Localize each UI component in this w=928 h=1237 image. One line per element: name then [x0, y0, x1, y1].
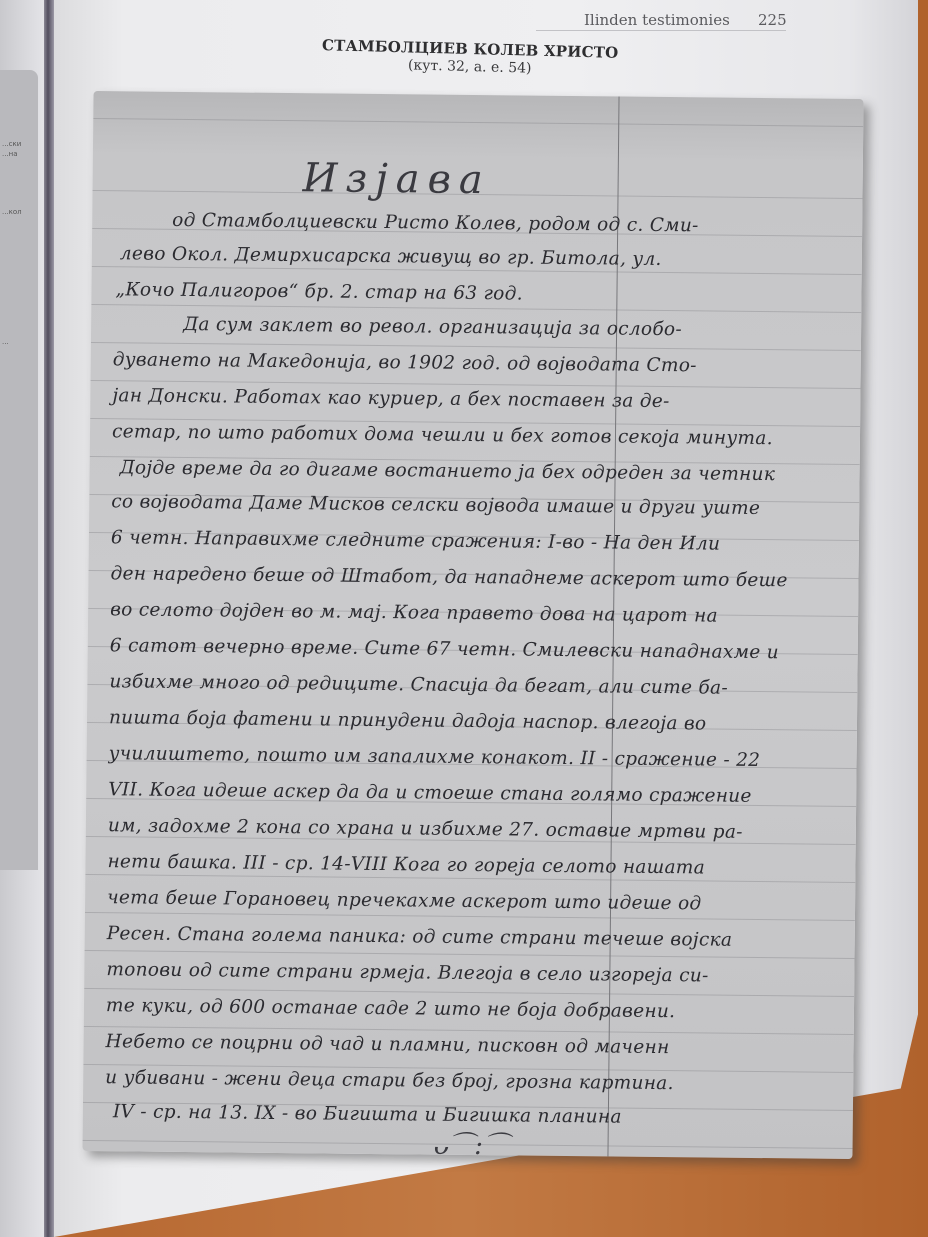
signature-mark: ᴗ⌒:⌒	[432, 1125, 509, 1159]
left-page-fragment: ...на	[2, 150, 18, 159]
running-title: Ilinden testimonies	[584, 11, 730, 29]
page-number: 225	[758, 11, 787, 29]
left-page-image	[0, 70, 38, 870]
manuscript-line: „Кочо Палигоров“ бр. 2. стар на 63 год.	[115, 279, 523, 304]
manuscript-title: Изјава	[302, 155, 491, 203]
manuscript-scan: Изјава од Стамболциевски Ристо Колев, ро…	[82, 91, 863, 1159]
left-page-fragment: ...кол	[2, 208, 22, 217]
running-head: Ilinden testimonies 225	[536, 8, 786, 31]
left-page-fragment: ...	[2, 338, 9, 347]
book-spine	[44, 0, 54, 1237]
left-page-fragment: ...ски	[2, 140, 21, 149]
